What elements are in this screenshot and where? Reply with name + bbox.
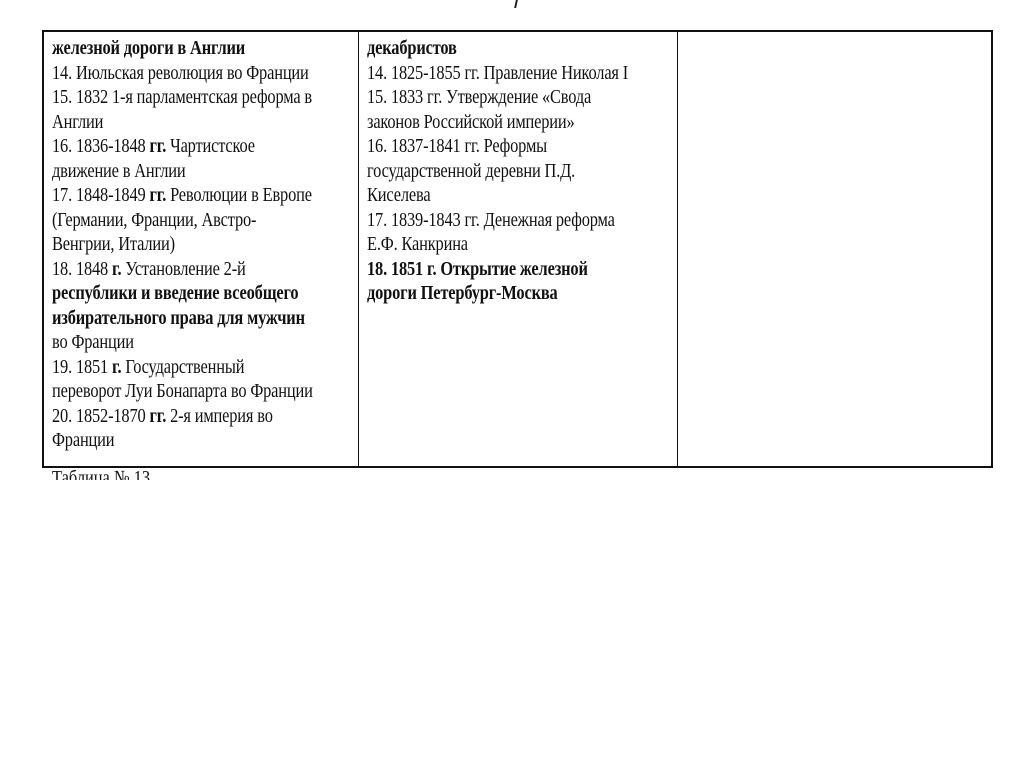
text-segment: 17. 1848-1849 <box>52 184 149 206</box>
text-segment: гг. <box>149 405 166 427</box>
text-segment: движение в Англии <box>52 160 186 182</box>
text-segment: (Германии, Франции, Австро- <box>52 209 256 231</box>
text-segment: 15. 1833 гг. Утверждение «Свода <box>367 86 591 108</box>
text-segment: г. <box>112 356 121 378</box>
text-segment: 18. 1848 <box>52 258 112 280</box>
text-segment: Венгрии, Италии) <box>52 233 175 255</box>
text-segment: законов Российской империи» <box>367 111 575 133</box>
text-segment: 15. 1832 1-я парламентская реформа в <box>52 86 312 108</box>
column-europe-events: железной дороги в Англии14. Июльская рев… <box>44 32 359 466</box>
text-segment: 20. 1852-1870 <box>52 405 149 427</box>
table-line: 17. 1848-1849 гг. Революции в Европе <box>52 183 303 208</box>
text-segment: 2-я империя во <box>166 405 273 427</box>
text-segment: гг. <box>149 184 166 206</box>
text-segment: избирательного права для мужчин <box>52 307 305 329</box>
table-line: 15. 1832 1-я парламентская реформа в <box>52 85 303 110</box>
text-segment: дороги Петербург-Москва <box>367 282 558 304</box>
table-line: 19. 1851 г. Государственный <box>52 355 303 380</box>
text-segment: гг. <box>149 135 166 157</box>
text-segment: 14. 1825-1855 гг. Правление Николая I <box>367 62 628 84</box>
table-line: Е.Ф. Канкрина <box>367 232 621 257</box>
text-segment: 16. 1837-1841 гг. Реформы <box>367 135 547 157</box>
text-segment: железной дороги в Англии <box>52 37 245 59</box>
text-segment: Франции <box>52 429 114 451</box>
history-timeline-table: железной дороги в Англии14. Июльская рев… <box>42 30 993 468</box>
text-segment: государственной деревни П.Д. <box>367 160 575 182</box>
table-line: избирательного права для мужчин <box>52 306 303 331</box>
text-segment: Е.Ф. Канкрина <box>367 233 468 255</box>
table-line: 20. 1852-1870 гг. 2-я империя во <box>52 404 303 429</box>
table-line: 17. 1839-1843 гг. Денежная реформа <box>367 208 621 233</box>
text-segment: 14. Июльская революция во Франции <box>52 62 309 84</box>
text-segment: переворот Луи Бонапарта во Франции <box>52 380 313 402</box>
table-line: железной дороги в Англии <box>52 36 303 61</box>
table-line: Англии <box>52 110 303 135</box>
table-line: Франции <box>52 428 303 453</box>
text-segment: Установление 2-й <box>121 258 245 280</box>
table-caption-text: Таблица № 13 <box>52 470 150 480</box>
column-russia-events: декабристов14. 1825-1855 гг. Правление Н… <box>359 32 678 466</box>
table-line: 18. 1851 г. Открытие железной <box>367 257 621 282</box>
table-line: движение в Англии <box>52 159 303 184</box>
table-caption: Таблица № 13 <box>52 470 150 480</box>
table-line: 14. 1825-1855 гг. Правление Николая I <box>367 61 621 86</box>
table-line: 15. 1833 гг. Утверждение «Свода <box>367 85 621 110</box>
table-line: декабристов <box>367 36 621 61</box>
text-segment: 18. 1851 г. Открытие железной <box>367 258 588 280</box>
text-segment: во Франции <box>52 331 134 353</box>
text-segment: Чартистское <box>166 135 255 157</box>
text-segment: Киселева <box>367 184 430 206</box>
table-line: государственной деревни П.Д. <box>367 159 621 184</box>
table-line: 18. 1848 г. Установление 2-й <box>52 257 303 282</box>
table-line: переворот Луи Бонапарта во Франции <box>52 379 303 404</box>
table-line: Киселева <box>367 183 621 208</box>
text-segment: 19. 1851 <box>52 356 112 378</box>
table-line: 16. 1836-1848 гг. Чартистское <box>52 134 303 159</box>
table-line: законов Российской империи» <box>367 110 621 135</box>
table-line: 14. Июльская революция во Франции <box>52 61 303 86</box>
table-line: республики и введение всеобщего <box>52 281 303 306</box>
cut-off-glyph <box>514 0 518 8</box>
text-segment: 16. 1836-1848 <box>52 135 149 157</box>
text-segment: декабристов <box>367 37 457 59</box>
table-line: во Франции <box>52 330 303 355</box>
text-segment: 17. 1839-1843 гг. Денежная реформа <box>367 209 615 231</box>
column-empty <box>678 32 991 466</box>
text-segment: республики и введение всеобщего <box>52 282 298 304</box>
table-line: (Германии, Франции, Австро- <box>52 208 303 233</box>
table-line: Венгрии, Италии) <box>52 232 303 257</box>
table-line: дороги Петербург-Москва <box>367 281 621 306</box>
table-line: 16. 1837-1841 гг. Реформы <box>367 134 621 159</box>
text-segment: г. <box>112 258 121 280</box>
text-segment: Англии <box>52 111 103 133</box>
text-segment: Революции в Европе <box>166 184 312 206</box>
text-segment: Государственный <box>121 356 244 378</box>
